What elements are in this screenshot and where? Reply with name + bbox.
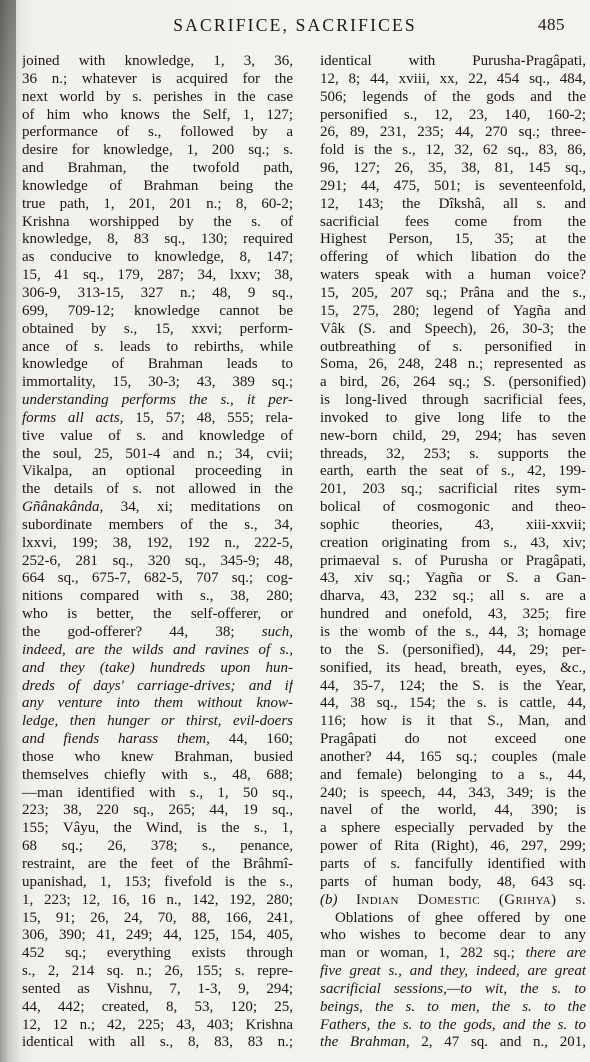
page-number: 485 xyxy=(538,15,565,35)
text-line: immortality, 15, 30-3; 43, 389 sq.; xyxy=(22,374,293,392)
text-line: and female) belonging to a s., 44, xyxy=(320,767,586,785)
text-line: 699, 709-12; knowledge cannot be xyxy=(22,303,293,321)
text-line: dharva, 43, 232 sq.; all s. are a xyxy=(320,588,586,606)
text-line: dreds of days' carriage-drives; and if xyxy=(22,678,293,696)
text-line: sacrificial sessions,—to wit, the s. to xyxy=(320,981,586,999)
text-line: Soma, 26, 248, 248 n.; represented as xyxy=(320,356,586,374)
text-line: 43, xiv sq.; Yagña or S. a Gan- xyxy=(320,570,586,588)
text-line: 12, 12 n.; 42, 225; 43, 403; Krishna xyxy=(22,1017,293,1035)
text-line: sophic theories, 43, xiii-xxvii; xyxy=(320,517,586,535)
text-line: the soul, 25, 501-4 and n.; 34, cvii; xyxy=(22,446,293,464)
text-line: knowledge, 8, 83 sq., 130; required xyxy=(22,231,293,249)
text-line: Vâk (S. and Speech), 26, 30-3; the xyxy=(320,321,586,339)
text-line: 223; 38, 220 sq., 265; 44, 19 sq., xyxy=(22,802,293,820)
text-line: tive value of s. and knowledge of xyxy=(22,428,293,446)
text-line: 201, 203 sq.; sacrificial rites sym- xyxy=(320,481,586,499)
text-line: Vikalpa, an optional proceeding in xyxy=(22,463,293,481)
text-line: and they (take) hundreds upon hun- xyxy=(22,660,293,678)
text-line: 12, 143; the Dîkshâ, all s. and xyxy=(320,196,586,214)
text-line: knowledge of Brahman being the xyxy=(22,178,293,196)
text-line: joined with knowledge, 1, 3, 36, xyxy=(22,53,293,71)
text-line: 1, 223; 12, 16, 16 n., 142, 192, 280; xyxy=(22,892,293,910)
text-line: sonified, its head, breath, eyes, &c., xyxy=(320,660,586,678)
text-line: hundred and onefold, 43, 325; fire xyxy=(320,606,586,624)
text-line: themselves chiefly with s., 48, 688; xyxy=(22,767,293,785)
text-line: threads, 32, 253; s. supports the xyxy=(320,446,586,464)
text-line: man or woman, 1, 282 sq.; there are xyxy=(320,945,586,963)
text-line: ance of s. leads to rebirths, while xyxy=(22,339,293,357)
text-line: to the S. (personified), 44, 29; per- xyxy=(320,642,586,660)
text-line: sacrificial fees come from the xyxy=(320,214,586,232)
text-line: parts of s. fancifully identified with xyxy=(320,856,586,874)
text-line: new-born child, 29, 294; has seven xyxy=(320,428,586,446)
text-line: 36 n.; whatever is acquired for the xyxy=(22,71,293,89)
text-line: 68 sq.; 26, 378; s., penance, xyxy=(22,838,293,856)
text-line: 252-6, 281 sq., 320 sq., 345-9; 48, xyxy=(22,553,293,571)
text-line: Fathers, the s. to the gods, and the s. … xyxy=(320,1017,586,1035)
text-line: a sphere especially pervaded by the xyxy=(320,820,586,838)
text-line: upanishad, 1, 153; fivefold is the s., xyxy=(22,874,293,892)
text-line: creation originating from s., 43, xiv; xyxy=(320,535,586,553)
text-line: and Brahman, the twofold path, xyxy=(22,160,293,178)
text-line: 452 sq.; everything exists through xyxy=(22,945,293,963)
text-line: navel of the world, 44, 390; is xyxy=(320,802,586,820)
text-line: parts of human body, 48, 643 sq. xyxy=(320,874,586,892)
text-line: of him who knows the Self, 1, 127; xyxy=(22,107,293,125)
text-line: the details of s. not allowed in the xyxy=(22,481,293,499)
text-line: 116; how is it that S., Man, and xyxy=(320,713,586,731)
text-line: 15, 275, 280; legend of Yagña and xyxy=(320,303,586,321)
text-line: performance of s., followed by a xyxy=(22,124,293,142)
text-line: 15, 91; 26, 24, 70, 88, 166, 241, xyxy=(22,910,293,928)
book-page: SACRIFICE, SACRIFICES 485 joined with kn… xyxy=(0,0,590,1062)
text-line: 240; is speech, 44, 343, 349; is the xyxy=(320,785,586,803)
text-line: who is better, the self-offerer, or xyxy=(22,606,293,624)
text-line: is long-lived through sacrificial fees, xyxy=(320,392,586,410)
text-line: bolical of cosmogonic and theo- xyxy=(320,499,586,517)
text-line: 26, 89, 231, 235; 44, 270 sq.; three- xyxy=(320,124,586,142)
text-line: waters speak with a human voice? xyxy=(320,267,586,285)
text-line: 44, 35-7, 124; the S. is the Year, xyxy=(320,678,586,696)
text-line: 44, 442; created, 8, 53, 120; 25, xyxy=(22,999,293,1017)
text-line: nitions compared with s., 38, 280; xyxy=(22,588,293,606)
text-line: true path, 1, 201, 201 n.; 8, 60-2; xyxy=(22,196,293,214)
text-line: lxxvi, 199; 38, 192, 192 n., 222-5, xyxy=(22,535,293,553)
text-line: and fiends harass them, 44, 160; xyxy=(22,731,293,749)
text-line: 664 sq., 675-7, 682-5, 707 sq.; cog- xyxy=(22,570,293,588)
text-line: 15, 205, 207 sq.; Prâna and the s., xyxy=(320,285,586,303)
text-line: identical with all s., 8, 83, 83 n.; xyxy=(22,1034,293,1052)
text-line: 15, 41 sq., 179, 287; 34, lxxv; 38, xyxy=(22,267,293,285)
page-title: SACRIFICE, SACRIFICES xyxy=(0,15,590,36)
text-line: indeed, are the wilds and ravines of s., xyxy=(22,642,293,660)
text-line: any venture into them without know- xyxy=(22,695,293,713)
text-line: as conducive to knowledge, 8, 147; xyxy=(22,249,293,267)
text-line: ledge, then hunger or thirst, evil-doers xyxy=(22,713,293,731)
left-column: joined with knowledge, 1, 3, 36,36 n.; w… xyxy=(22,53,293,1052)
text-line: —man identified with s., 1, 50 sq., xyxy=(22,785,293,803)
text-line: who wishes to become dear to any xyxy=(320,927,586,945)
text-line: another? 44, 165 sq.; couples (male xyxy=(320,749,586,767)
text-line: 306, 390; 41, 249; 44, 125, 154, 405, xyxy=(22,927,293,945)
text-line: Pragâpati do not exceed one xyxy=(320,731,586,749)
text-line: 96, 127; 26, 35, 38, 81, 145 sq., xyxy=(320,160,586,178)
text-line: Oblations of ghee offered by one xyxy=(320,910,586,928)
text-line: fold is the s., 12, 32, 62 sq., 83, 86, xyxy=(320,142,586,160)
text-line: a bird, 26, 264 sq.; S. (personified) xyxy=(320,374,586,392)
text-line: obtained by s., 15, xxvi; perform- xyxy=(22,321,293,339)
text-line: Highest Person, 15, 35; at the xyxy=(320,231,586,249)
text-line: 306-9, 313-15, 327 n.; 48, 9 sq., xyxy=(22,285,293,303)
text-line: 155; Vâyu, the Wind, is the s., 1, xyxy=(22,820,293,838)
text-line: power of Rita (Right), 46, 297, 299; xyxy=(320,838,586,856)
text-line: is the womb of the s., 44, 3; homage xyxy=(320,624,586,642)
text-line: Gñânakânda, 34, xi; meditations on xyxy=(22,499,293,517)
text-line: 506; legends of the gods and the xyxy=(320,89,586,107)
text-line: outbreathing of s. personified in xyxy=(320,339,586,357)
text-line: understanding performs the s., it per- xyxy=(22,392,293,410)
running-header: SACRIFICE, SACRIFICES 485 xyxy=(0,15,590,41)
text-line: 291; 44, 475, 501; is seventeenfold, xyxy=(320,178,586,196)
text-line: the god-offerer? 44, 38; such, xyxy=(22,624,293,642)
text-line: forms all acts, 15, 57; 48, 555; rela- xyxy=(22,410,293,428)
text-line: personified s., 12, 23, 140, 160-2; xyxy=(320,107,586,125)
text-line: five great s., and they, indeed, are gre… xyxy=(320,963,586,981)
text-line: knowledge of Brahman leads to xyxy=(22,356,293,374)
text-line: (b) Indian Domestic (Grihya) s. xyxy=(320,892,586,910)
text-line: restraint, are the feet of the Brâhmî- xyxy=(22,856,293,874)
text-line: s., 2, 214 sq. n.; 26, 155; s. repre- xyxy=(22,963,293,981)
text-line: 44, 38 sq., 154; the s. is cattle, 44, xyxy=(320,695,586,713)
right-column: identical with Purusha-Pragâpati,12, 8; … xyxy=(320,53,586,1052)
text-line: sented as Vishnu, 7, 1-3, 9, 294; xyxy=(22,981,293,999)
text-line: next world by s. perishes in the case xyxy=(22,89,293,107)
text-line: invoked to give long life to the xyxy=(320,410,586,428)
text-line: subordinate members of the s., 34, xyxy=(22,517,293,535)
text-line: those who knew Brahman, busied xyxy=(22,749,293,767)
text-line: the Brahman, 2, 47 sq. and n., 201, xyxy=(320,1034,586,1052)
text-line: earth, earth the seat of s., 42, 199- xyxy=(320,463,586,481)
text-line: 12, 8; 44, xviii, xx, 22, 454 sq., 484, xyxy=(320,71,586,89)
text-line: identical with Purusha-Pragâpati, xyxy=(320,53,586,71)
text-line: beings, the s. to men, the s. to the xyxy=(320,999,586,1017)
text-line: desire for knowledge, 1, 200 sq.; s. xyxy=(22,142,293,160)
text-line: primaeval s. of Purusha or Pragâpati, xyxy=(320,553,586,571)
text-line: offering of which libation do the xyxy=(320,249,586,267)
text-line: Krishna worshipped by the s. of xyxy=(22,214,293,232)
